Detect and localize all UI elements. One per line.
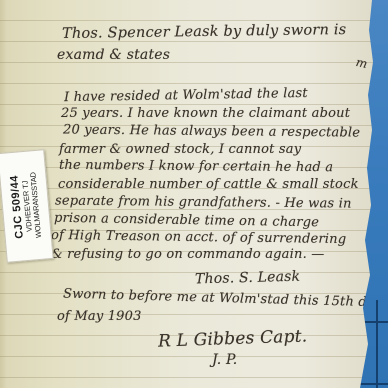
mat-grid-line-vertical [376, 300, 378, 388]
deponent-signature: Thos. S. Leask [195, 269, 301, 288]
scanned-document-photo: Thos. Spencer Leask by duly sworn is exa… [0, 0, 388, 388]
handwritten-line: the numbers I know for certain he had a [59, 158, 333, 175]
handwritten-line: separate from his grandfathers. - He was… [55, 193, 352, 211]
handwritten-line: Thos. Spencer Leask by duly sworn is [62, 22, 347, 42]
handwritten-line: of High Treason on acct. of of surrender… [51, 228, 347, 247]
handwritten-line: 20 years. He has always been a respectab… [63, 122, 360, 140]
handwritten-line: I have resided at Wolm'stad the last [64, 86, 308, 105]
handwritten-line: considerable number of cattle & small st… [58, 177, 359, 192]
attestation-date: of May 1903 [57, 309, 142, 324]
handwritten-line: farmer & owned stock, I cannot say [59, 142, 301, 157]
handwritten-line: prison a considerable time on a charge [54, 211, 319, 231]
archive-label-text: CJC 509/44 VDHEEVER TJ WOLMARANSSTAD [8, 172, 44, 240]
handwritten-line: & refusing to go on commando again. — [51, 247, 324, 262]
witness-signature: R L Gibbes Capt. [158, 326, 308, 351]
attestation-line: Sworn to before me at Wolm'stad this 15t… [63, 287, 383, 311]
handwritten-line: examd & states [57, 47, 170, 63]
witness-title: J. P. [212, 352, 237, 368]
edge-ink-mark: m [355, 55, 369, 71]
handwritten-line: 25 years. I have known the claimant abou… [61, 106, 350, 121]
archive-label: CJC 509/44 VDHEEVER TJ WOLMARANSSTAD [0, 149, 54, 263]
document-page: Thos. Spencer Leask by duly sworn is exa… [0, 0, 388, 388]
